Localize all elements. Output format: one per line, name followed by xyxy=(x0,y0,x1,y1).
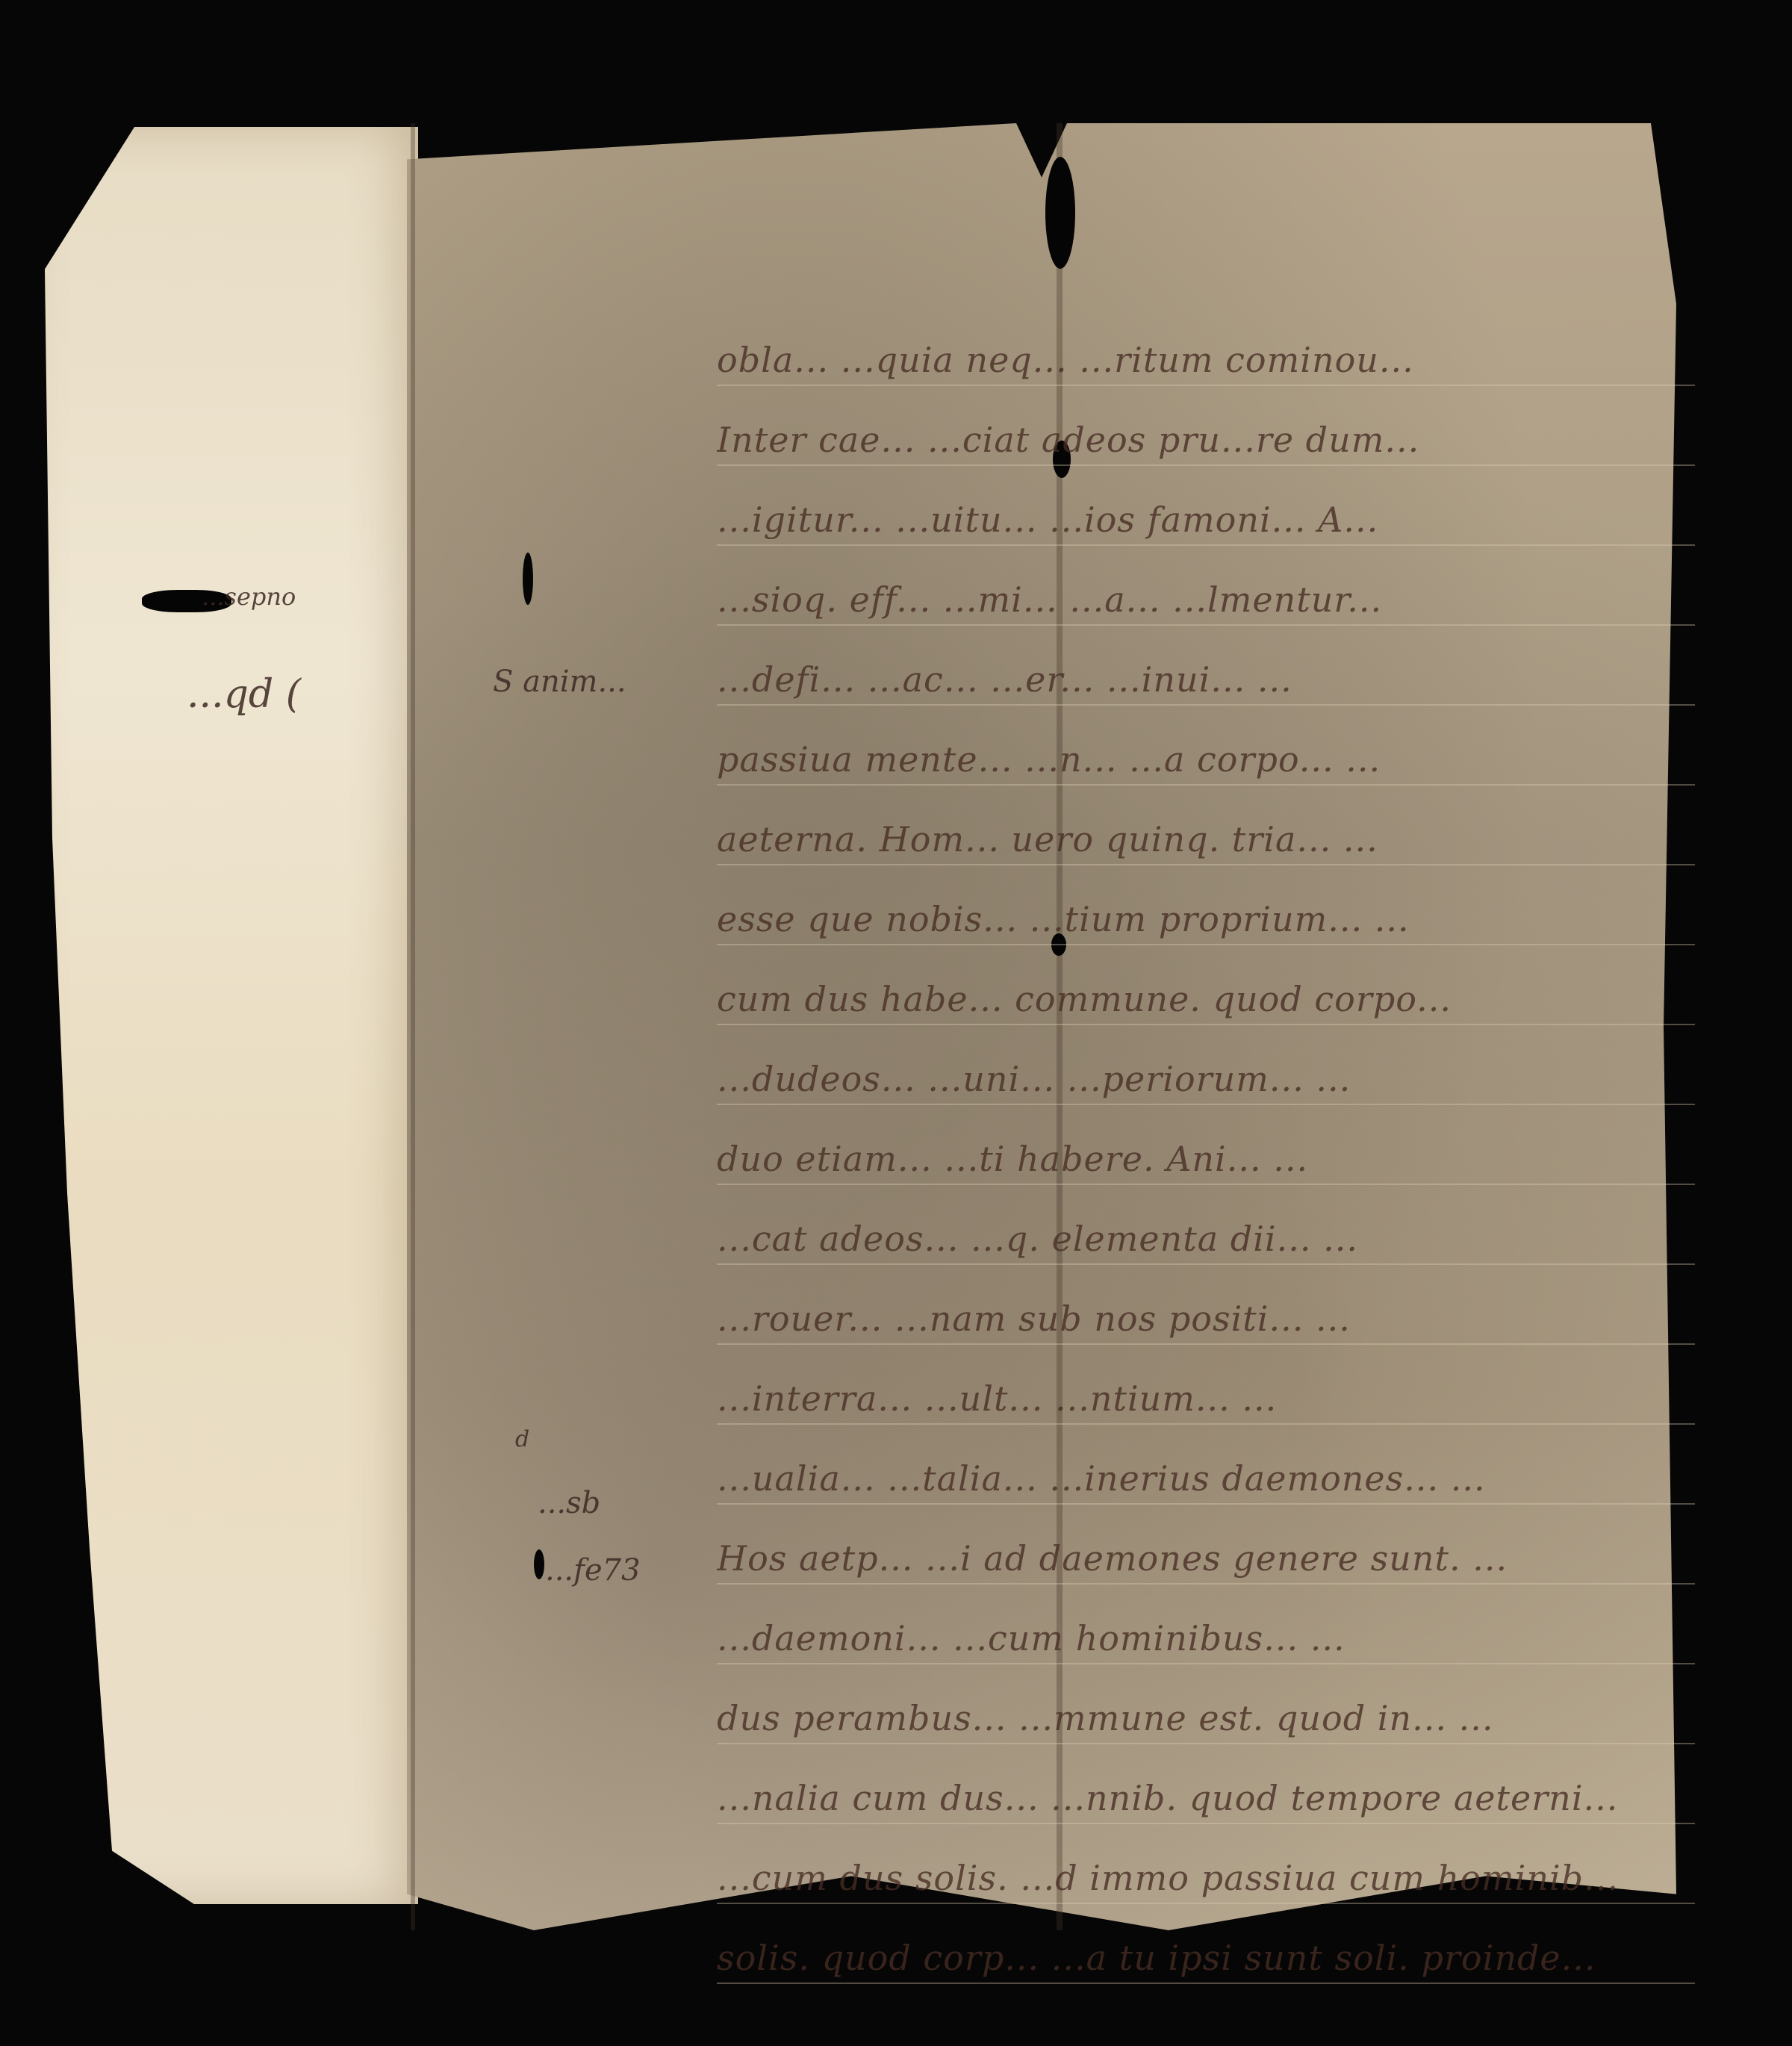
text-line: ...nalia cum dus... ...nnib. quod tempor… xyxy=(717,1744,1695,1824)
text-line: aeterna. Hom... uero quinq. tria... ... xyxy=(717,786,1695,865)
fold-line xyxy=(411,123,415,1930)
text-line: duo etiam... ...ti habere. Ani... ... xyxy=(717,1105,1695,1185)
text-line: passiua mente... ...n... ...a corpo... .… xyxy=(717,706,1695,786)
margin-note: ...fe73 xyxy=(545,1553,641,1588)
margin-note: ...qd ( xyxy=(187,672,301,717)
text-line: Hos aetp... ...i ad daemones genere sunt… xyxy=(717,1505,1695,1585)
text-line: ...cum dus solis. ...d immo passiua cum … xyxy=(717,1824,1695,1904)
margin-note: S anim... xyxy=(493,665,626,699)
text-line: dus perambus... ...mmune est. quod in...… xyxy=(717,1664,1695,1744)
manuscript-fragment: obla... ...quia neq... ...ritum cominou.… xyxy=(0,0,1792,2046)
text-line: solis. quod corp... ...a tu ipsi sunt so… xyxy=(717,1904,1695,1984)
text-line: ...sioq. eff... ...mi... ...a... ...lmen… xyxy=(717,546,1695,626)
left-margin-strip xyxy=(45,127,418,1904)
text-line: ...defi... ...ac... ...er... ...inui... … xyxy=(717,626,1695,706)
hole xyxy=(534,1549,544,1579)
margin-note: ...sb xyxy=(538,1486,600,1520)
text-line: ...rouer... ...nam sub nos positi... ... xyxy=(717,1265,1695,1345)
text-line: Inter cae... ...ciat adeos pru...re dum.… xyxy=(717,386,1695,466)
text-line: esse que nobis... ...tium proprium... ..… xyxy=(717,865,1695,945)
text-line: ...interra... ...ult... ...ntium... ... xyxy=(717,1345,1695,1425)
text-line: cum dus habe... commune. quod corpo... xyxy=(717,945,1695,1025)
text-line: ...daemoni... ...cum hominibus... ... xyxy=(717,1585,1695,1664)
text-line: ...cat adeos... ...q. elementa dii... ..… xyxy=(717,1185,1695,1265)
margin-note: ...sepno xyxy=(202,582,296,611)
text-line: ...dudeos... ...uni... ...periorum... ..… xyxy=(717,1025,1695,1105)
tear-top xyxy=(1045,157,1075,269)
text-line: ...igitur... ...uitu... ...ios famoni...… xyxy=(717,466,1695,546)
hole xyxy=(523,553,533,605)
main-text-block: obla... ...quia neq... ...ritum cominou.… xyxy=(717,306,1695,1984)
margin-note: d xyxy=(515,1426,529,1452)
text-line: ...ualia... ...talia... ...inerius daemo… xyxy=(717,1425,1695,1505)
text-line: obla... ...quia neq... ...ritum cominou.… xyxy=(717,306,1695,386)
